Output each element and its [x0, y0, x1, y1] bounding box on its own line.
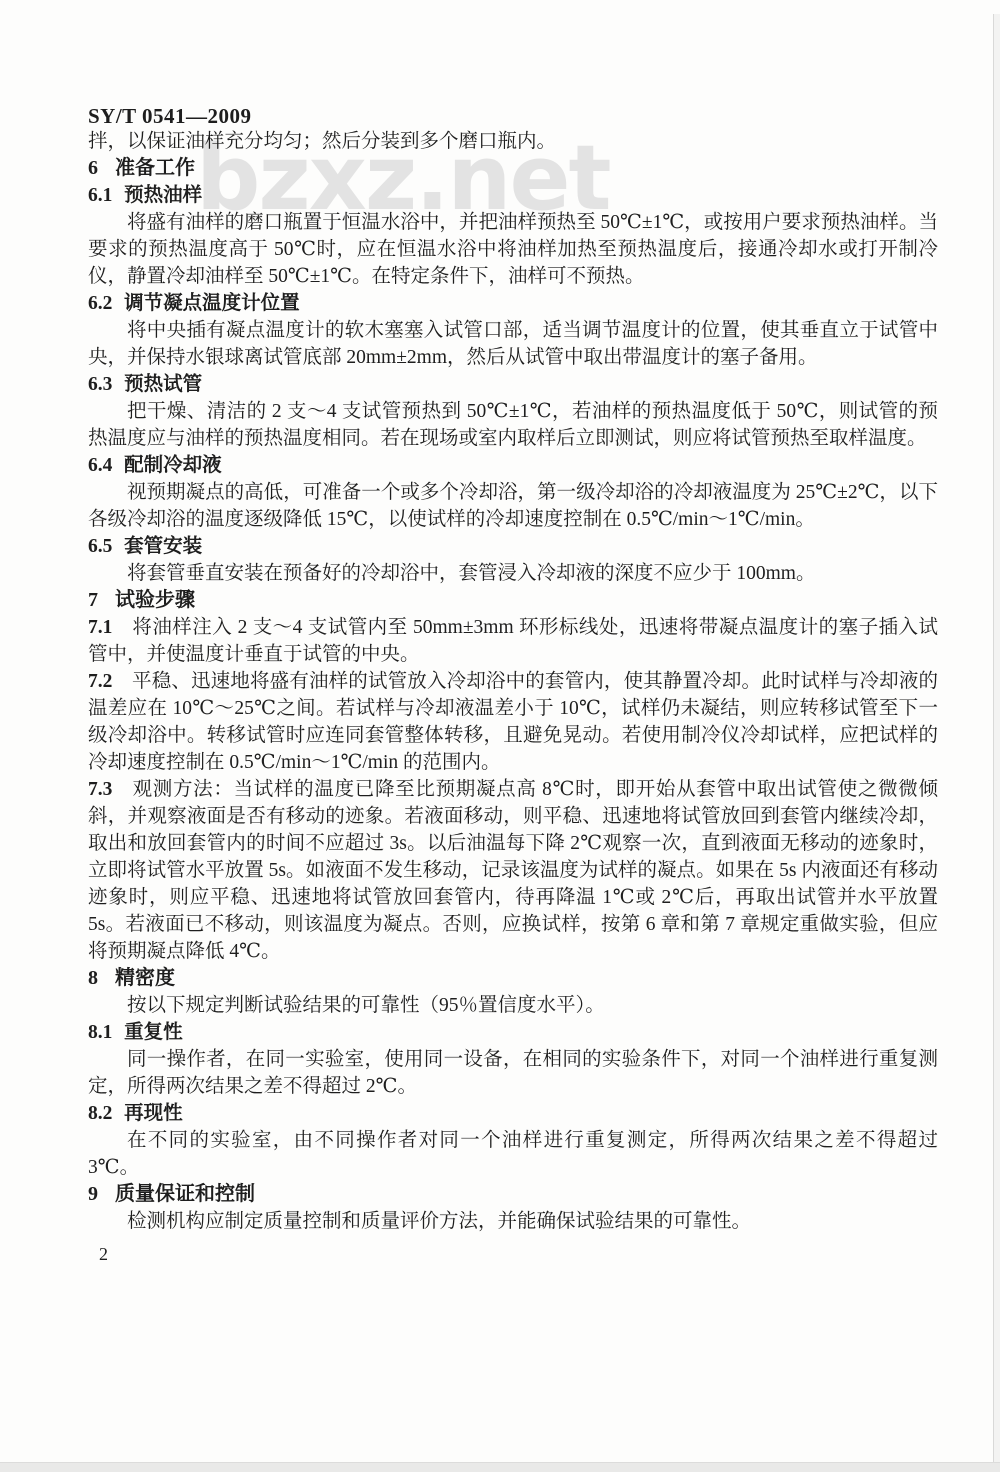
subsection-6-5-heading: 6.5套管安装 — [88, 533, 938, 560]
subsection-6-2-heading: 6.2调节凝点温度计位置 — [88, 290, 938, 317]
page-content: SY/T 0541—2009 拌，以保证油样充分均匀；然后分装到多个磨口瓶内。 … — [0, 0, 1000, 1266]
subsection-6-1-title: 预热油样 — [124, 185, 202, 206]
subsection-8-1-title: 重复性 — [124, 1022, 183, 1043]
scan-edge-right — [993, 14, 1000, 1472]
clause-7-3: 7.3观测方法：当试样的温度已降至比预期凝点高 8℃时，即开始从套管中取出试管使… — [88, 776, 938, 965]
clause-7-1-body: 将油样注入 2 支～4 支试管内至 50mm±3mm 环形标线处，迅速将带凝点温… — [88, 617, 938, 665]
clause-7-1: 7.1将油样注入 2 支～4 支试管内至 50mm±3mm 环形标线处，迅速将带… — [88, 614, 938, 668]
clause-7-1-number: 7.1 — [88, 617, 112, 638]
chapter-8-intro: 按以下规定判断试验结果的可靠性（95％置信度水平）。 — [88, 992, 938, 1019]
subsection-6-2-title: 调节凝点温度计位置 — [124, 293, 300, 314]
chapter-8-title: 精密度 — [115, 967, 175, 989]
subsection-6-1-number: 6.1 — [88, 185, 112, 206]
subsection-8-2-heading: 8.2再现性 — [88, 1100, 938, 1127]
subsection-6-1-heading: 6.1预热油样 — [88, 182, 938, 209]
clause-7-2-number: 7.2 — [88, 671, 112, 692]
chapter-9-body: 检测机构应制定质量控制和质量评价方法，并能确保试验结果的可靠性。 — [88, 1208, 938, 1235]
subsection-6-3-body: 把干燥、清洁的 2 支～4 支试管预热到 50℃±1℃，若油样的预热温度低于 5… — [88, 398, 938, 452]
chapter-7-heading: 7试验步骤 — [88, 587, 938, 614]
subsection-6-5-body: 将套管垂直安装在预备好的冷却浴中，套管浸入冷却液的深度不应少于 100mm。 — [88, 560, 938, 587]
chapter-7-number: 7 — [88, 589, 98, 611]
chapter-7-title: 试验步骤 — [115, 589, 195, 611]
subsection-8-2-number: 8.2 — [88, 1103, 112, 1124]
chapter-9-heading: 9质量保证和控制 — [88, 1181, 938, 1208]
subsection-6-2-number: 6.2 — [88, 293, 112, 314]
subsection-6-5-number: 6.5 — [88, 536, 112, 557]
subsection-8-1-heading: 8.1重复性 — [88, 1019, 938, 1046]
subsection-6-4-heading: 6.4配制冷却液 — [88, 452, 938, 479]
subsection-6-3-title: 预热试管 — [124, 374, 202, 395]
chapter-9-number: 9 — [88, 1183, 98, 1205]
subsection-8-1-number: 8.1 — [88, 1022, 112, 1043]
subsection-8-2-body: 在不同的实验室，由不同操作者对同一个油样进行重复测定，所得两次结果之差不得超过 … — [88, 1127, 938, 1181]
subsection-6-5-title: 套管安装 — [124, 536, 202, 557]
subsection-6-3-number: 6.3 — [88, 374, 112, 395]
subsection-6-2-body: 将中央插有凝点温度计的软木塞塞入试管口部，适当调节温度计的位置，使其垂直立于试管… — [88, 317, 938, 371]
chapter-8-number: 8 — [88, 967, 98, 989]
subsection-6-4-number: 6.4 — [88, 455, 112, 476]
page-number: 2 — [99, 1242, 938, 1266]
continuation-paragraph: 拌，以保证油样充分均匀；然后分装到多个磨口瓶内。 — [88, 128, 938, 155]
scanned-document-page: bzxz.net SY/T 0541—2009 拌，以保证油样充分均匀；然后分装… — [0, 0, 1000, 1472]
subsection-6-3-heading: 6.3预热试管 — [88, 371, 938, 398]
standard-number-header: SY/T 0541—2009 — [88, 104, 938, 128]
subsection-6-1-body: 将盛有油样的磨口瓶置于恒温水浴中，并把油样预热至 50℃±1℃，或按用户要求预热… — [88, 209, 938, 290]
chapter-6-heading: 6准备工作 — [88, 155, 938, 182]
clause-7-2: 7.2平稳、迅速地将盛有油样的试管放入冷却浴中的套管内，使其静置冷却。此时试样与… — [88, 668, 938, 776]
subsection-6-4-body: 视预期凝点的高低，可准备一个或多个冷却浴，第一级冷却浴的冷却液温度为 25℃±2… — [88, 479, 938, 533]
clause-7-3-number: 7.3 — [88, 779, 112, 800]
subsection-8-1-body: 同一操作者，在同一实验室，使用同一设备，在相同的实验条件下，对同一个油样进行重复… — [88, 1046, 938, 1100]
subsection-6-4-title: 配制冷却液 — [124, 455, 222, 476]
scan-edge-bottom — [0, 1462, 1000, 1472]
chapter-6-number: 6 — [88, 157, 98, 179]
clause-7-3-body: 观测方法：当试样的温度已降至比预期凝点高 8℃时，即开始从套管中取出试管使之微微… — [88, 779, 938, 962]
chapter-6-title: 准备工作 — [115, 157, 195, 179]
clause-7-2-body: 平稳、迅速地将盛有油样的试管放入冷却浴中的套管内，使其静置冷却。此时试样与冷却液… — [88, 671, 938, 773]
chapter-8-heading: 8精密度 — [88, 965, 938, 992]
subsection-8-2-title: 再现性 — [124, 1103, 183, 1124]
chapter-9-title: 质量保证和控制 — [115, 1183, 255, 1205]
